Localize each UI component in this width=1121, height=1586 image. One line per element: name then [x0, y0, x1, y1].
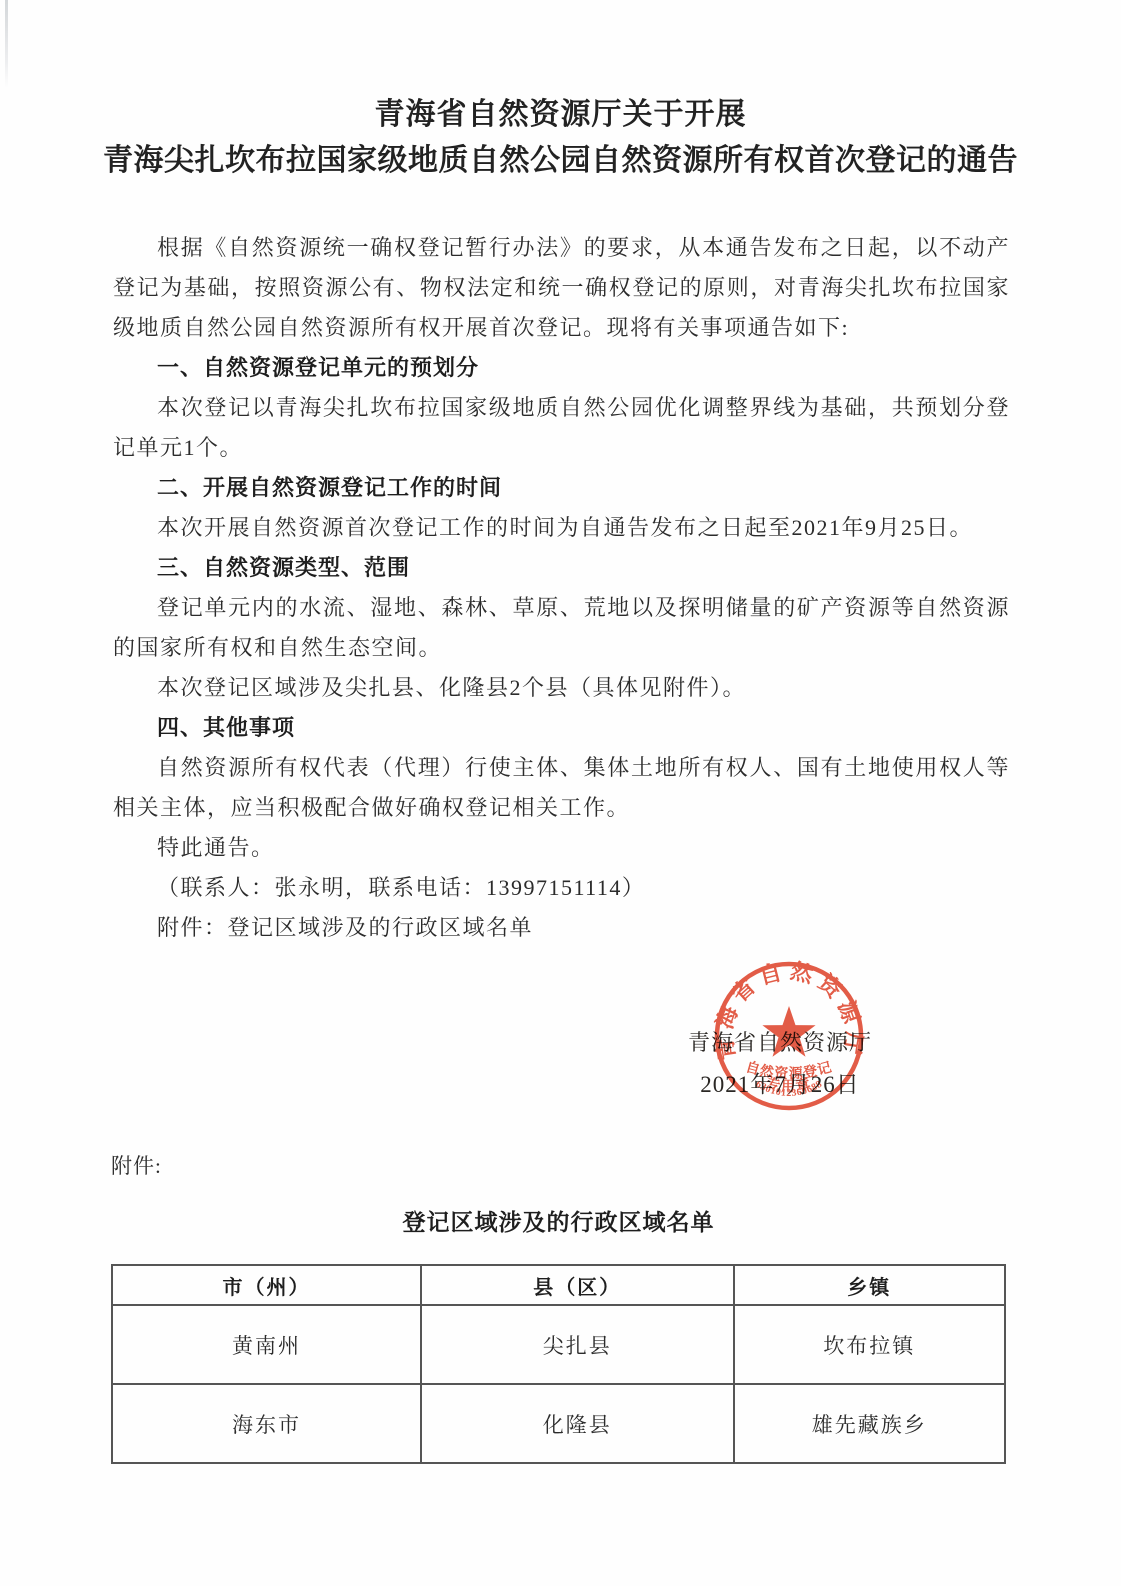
body-paragraph: 本次登记区域涉及尖扎县、化隆县2个县（具体见附件）。 — [113, 668, 1010, 708]
body-paragraph: 自然资源所有权代表（代理）行使主体、集体土地所有权人、国有土地使用权人等相关主体… — [113, 748, 1010, 828]
body-paragraph: 本次开展自然资源首次登记工作的时间为自通告发布之日起至2021年9月25日。 — [113, 508, 1010, 548]
notice-title-line1: 青海省自然资源厅关于开展 — [0, 92, 1121, 138]
section-heading-1: 一、自然资源登记单元的预划分 — [113, 348, 1010, 388]
table-header-county: 县（区） — [421, 1265, 734, 1305]
signature-block: 青海省自然资源厅 2021年7月26日 — [630, 1022, 930, 1106]
attachment-table-title: 登记区域涉及的行政区域名单 — [111, 1204, 1006, 1237]
attachment-label: 附件: — [111, 1150, 1006, 1180]
attachment-section: 附件: 登记区域涉及的行政区域名单 市（州） 县（区） 乡镇 黄南州 尖扎县 坎… — [111, 1150, 1006, 1464]
table-header-town: 乡镇 — [734, 1265, 1005, 1305]
body-paragraph: 根据《自然资源统一确权登记暂行办法》的要求，从本通告发布之日起，以不动产登记为基… — [113, 228, 1010, 348]
closing-line: 特此通告。 — [113, 828, 1010, 868]
notice-body: 根据《自然资源统一确权登记暂行办法》的要求，从本通告发布之日起，以不动产登记为基… — [113, 228, 1010, 948]
table-cell-city: 黄南州 — [112, 1305, 421, 1384]
scan-artifact — [5, 0, 8, 88]
notice-title: 青海省自然资源厅关于开展 青海尖扎坎布拉国家级地质自然公园自然资源所有权首次登记… — [0, 0, 1121, 184]
body-paragraph: 登记单元内的水流、湿地、森林、草原、荒地以及探明储量的矿产资源等自然资源的国家所… — [113, 588, 1010, 668]
table-cell-county: 尖扎县 — [421, 1305, 734, 1384]
document-page: 青海省自然资源厅关于开展 青海尖扎坎布拉国家级地质自然公园自然资源所有权首次登记… — [0, 0, 1121, 1586]
attachment-reference-line: 附件：登记区域涉及的行政区域名单 — [113, 908, 1010, 948]
table-cell-county: 化隆县 — [421, 1384, 734, 1463]
table-cell-city: 海东市 — [112, 1384, 421, 1463]
section-heading-3: 三、自然资源类型、范围 — [113, 548, 1010, 588]
contact-line: （联系人：张永明，联系电话：13997151114） — [113, 868, 1010, 908]
notice-title-line2: 青海尖扎坎布拉国家级地质自然公园自然资源所有权首次登记的通告 — [0, 138, 1121, 184]
table-cell-town: 雄先藏族乡 — [734, 1384, 1005, 1463]
table-header-city: 市（州） — [112, 1265, 421, 1305]
signature-date: 2021年7月26日 — [630, 1064, 930, 1106]
region-table: 市（州） 县（区） 乡镇 黄南州 尖扎县 坎布拉镇 海东市 化隆县 雄先藏族乡 — [111, 1264, 1006, 1464]
table-row: 海东市 化隆县 雄先藏族乡 — [112, 1384, 1005, 1463]
section-heading-4: 四、其他事项 — [113, 708, 1010, 748]
section-heading-2: 二、开展自然资源登记工作的时间 — [113, 468, 1010, 508]
signature-org: 青海省自然资源厅 — [630, 1022, 930, 1064]
table-header-row: 市（州） 县（区） 乡镇 — [112, 1265, 1005, 1305]
body-paragraph: 本次登记以青海尖扎坎布拉国家级地质自然公园优化调整界线为基础，共预划分登记单元1… — [113, 388, 1010, 468]
table-row: 黄南州 尖扎县 坎布拉镇 — [112, 1305, 1005, 1384]
table-cell-town: 坎布拉镇 — [734, 1305, 1005, 1384]
